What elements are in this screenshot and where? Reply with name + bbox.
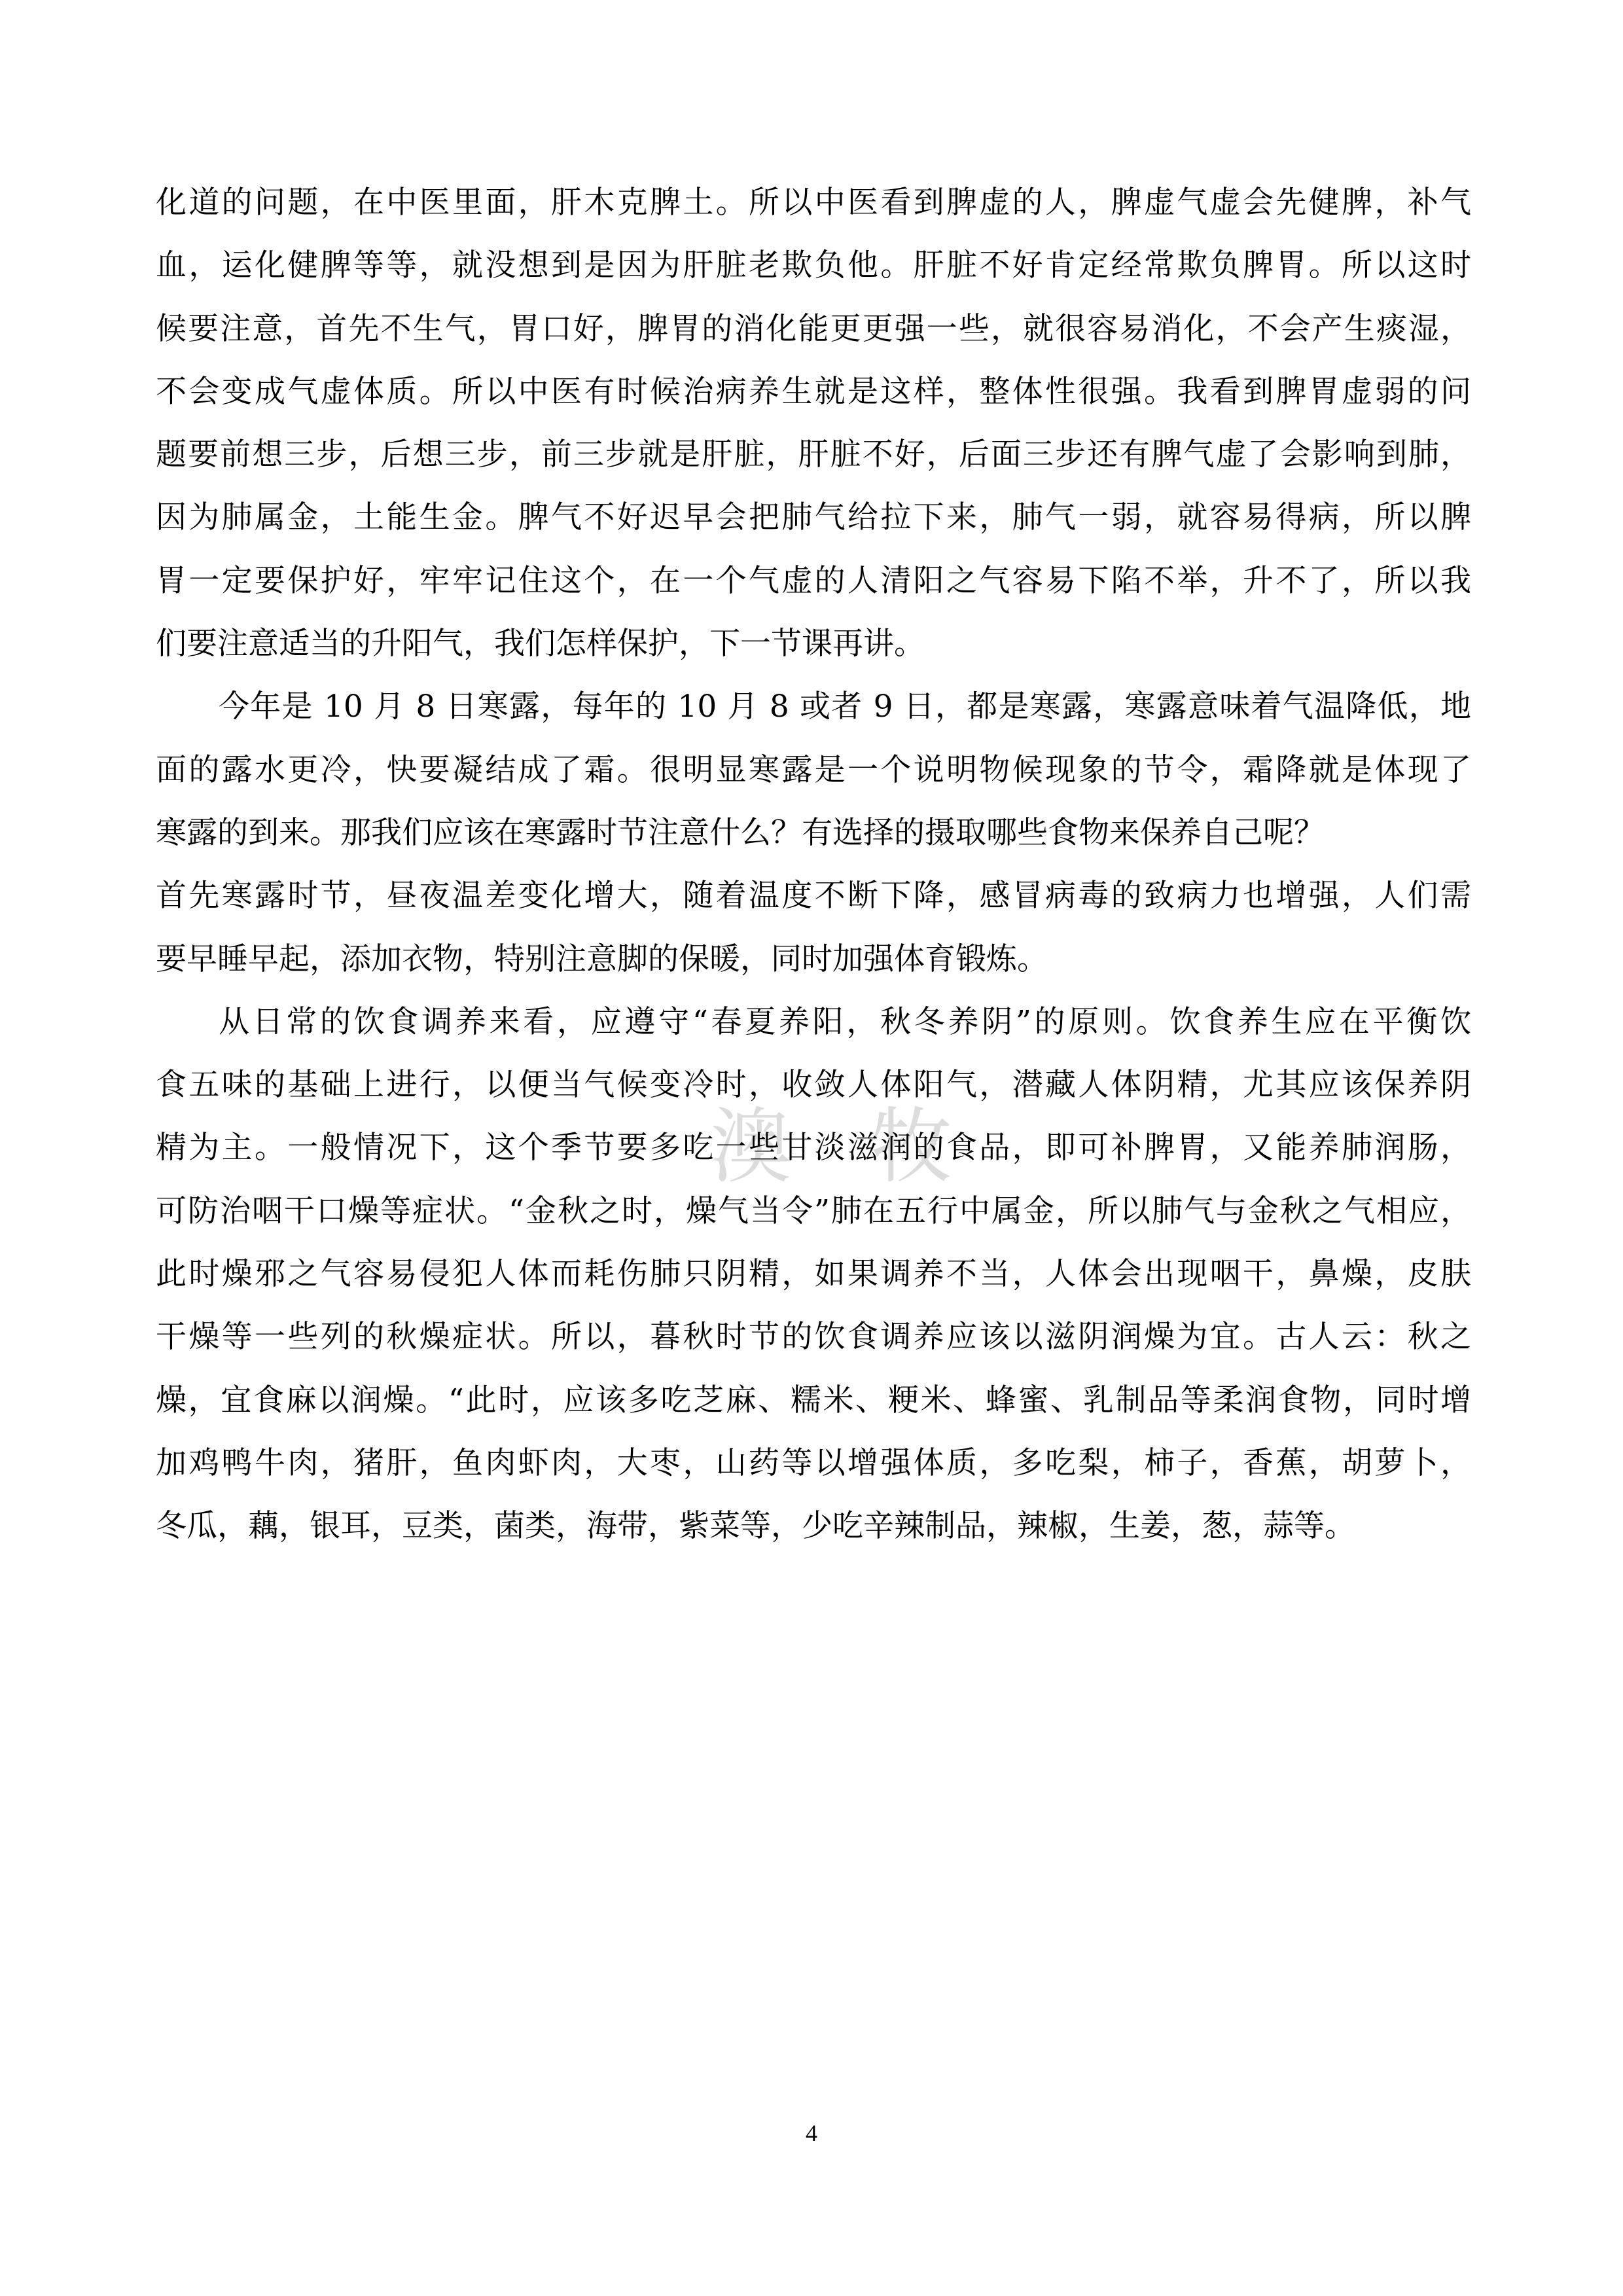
- text-line: 食五味的基础上进行，以便当气候变冷时，收敛人体阳气，潜藏人体阴精，尤其应该保养阴: [156, 1054, 1471, 1117]
- text-line: 们要注意适当的升阳气，我们怎样保护，下一节课再讲。: [156, 613, 1471, 675]
- paragraph-2: 今年是 10 月 8 日寒露，每年的 10 月 8 或者 9 日，都是寒露，寒露…: [156, 675, 1471, 865]
- text-line: 从日常的饮食调养来看，应遵守“春夏养阳，秋冬养阴”的原则。饮食养生应在平衡饮: [156, 991, 1471, 1054]
- text-line: 加鸡鸭牛肉，猪肝，鱼肉虾肉，大枣，山药等以增强体质，多吃梨，柿子，香蕉，胡萝卜，: [156, 1432, 1471, 1495]
- body-text: 化道的问题，在中医里面，肝木克脾土。所以中医看到脾虚的人，脾虚气虚会先健脾，补气…: [156, 171, 1471, 1558]
- text-line: 寒露的到来。那我们应该在寒露时节注意什么？有选择的摄取哪些食物来保养自己呢？: [156, 802, 1471, 865]
- page-number: 4: [0, 2119, 1623, 2147]
- text-line: 干燥等一些列的秋燥症状。所以，暮秋时节的饮食调养应该以滋阴润燥为宜。古人云：秋之: [156, 1306, 1471, 1369]
- paragraph-4: 从日常的饮食调养来看，应遵守“春夏养阳，秋冬养阴”的原则。饮食养生应在平衡饮 食…: [156, 991, 1471, 1558]
- text-line: 因为肺属金，土能生金。脾气不好迟早会把肺气给拉下来，肺气一弱，就容易得病，所以脾: [156, 486, 1471, 549]
- text-line: 此时燥邪之气容易侵犯人体而耗伤肺只阴精，如果调养不当，人体会出现咽干，鼻燥，皮肤: [156, 1243, 1471, 1306]
- text-line: 血，运化健脾等等，就没想到是因为肝脏老欺负他。肝脏不好肯定经常欺负脾胃。所以这时: [156, 234, 1471, 297]
- text-line: 精为主。一般情况下，这个季节要多吃一些甘淡滋润的食品，即可补脾胃，又能养肺润肠，: [156, 1117, 1471, 1179]
- document-page: 澳 牧 化道的问题，在中医里面，肝木克脾土。所以中医看到脾虚的人，脾虚气虚会先健…: [0, 0, 1623, 2296]
- text-line: 题要前想三步，后想三步，前三步就是肝脏，肝脏不好，后面三步还有脾气虚了会影响到肺…: [156, 423, 1471, 486]
- text-line: 今年是 10 月 8 日寒露，每年的 10 月 8 或者 9 日，都是寒露，寒露…: [156, 675, 1471, 738]
- text-line: 化道的问题，在中医里面，肝木克脾土。所以中医看到脾虚的人，脾虚气虚会先健脾，补气: [156, 171, 1471, 234]
- text-line: 候要注意，首先不生气，胃口好，脾胃的消化能更更强一些，就很容易消化，不会产生痰湿…: [156, 298, 1471, 361]
- text-line: 可防治咽干口燥等症状。“金秋之时，燥气当令”肺在五行中属金，所以肺气与金秋之气相…: [156, 1180, 1471, 1243]
- text-line: 面的露水更冷，快要凝结成了霜。很明显寒露是一个说明物候现象的节令，霜降就是体现了: [156, 739, 1471, 802]
- text-line: 冬瓜，藕，银耳，豆类，菌类，海带，紫菜等，少吃辛辣制品，辣椒，生姜，葱，蒜等。: [156, 1495, 1471, 1558]
- text-line: 要早睡早起，添加衣物，特别注意脚的保暖，同时加强体育锻炼。: [156, 928, 1471, 991]
- text-line: 燥，宜食麻以润燥。“此时，应该多吃芝麻、糯米、粳米、蜂蜜、乳制品等柔润食物，同时…: [156, 1369, 1471, 1432]
- paragraph-1: 化道的问题，在中医里面，肝木克脾土。所以中医看到脾虚的人，脾虚气虚会先健脾，补气…: [156, 171, 1471, 675]
- text-line: 首先寒露时节，昼夜温差变化增大，随着温度不断下降，感冒病毒的致病力也增强，人们需: [156, 865, 1471, 927]
- paragraph-3: 首先寒露时节，昼夜温差变化增大，随着温度不断下降，感冒病毒的致病力也增强，人们需…: [156, 865, 1471, 991]
- text-line: 不会变成气虚体质。所以中医有时候治病养生就是这样，整体性很强。我看到脾胃虚弱的问: [156, 361, 1471, 423]
- text-line: 胃一定要保护好，牢牢记住这个，在一个气虚的人清阳之气容易下陷不举，升不了，所以我: [156, 550, 1471, 613]
